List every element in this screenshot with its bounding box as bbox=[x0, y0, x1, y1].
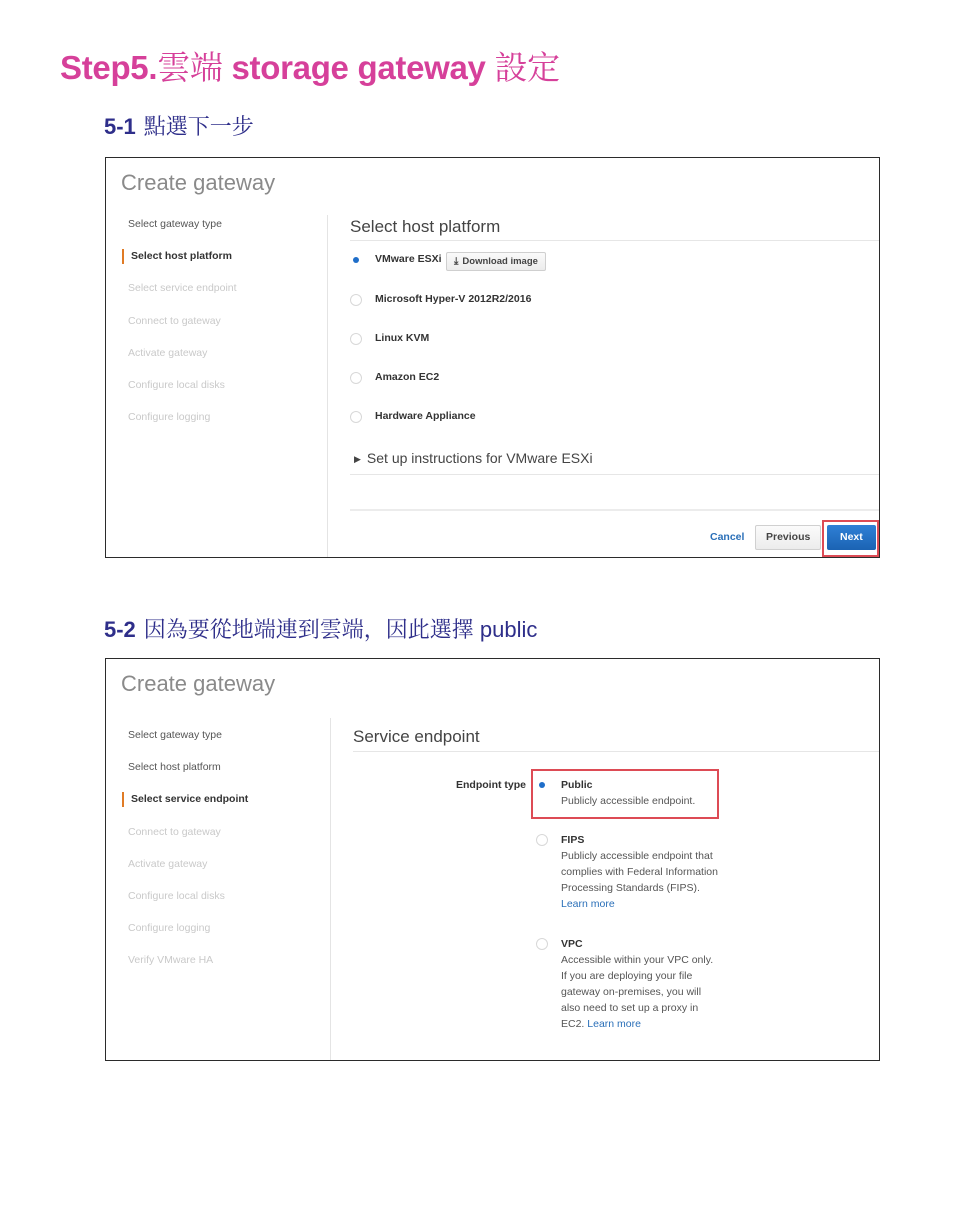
platform-option-label[interactable]: Hardware Appliance bbox=[375, 410, 476, 422]
wizard-step: Configure local disks bbox=[128, 378, 237, 410]
wizard-steps: Select gateway typeSelect host platformS… bbox=[128, 728, 248, 986]
section-2-number: 5-2 bbox=[104, 617, 136, 642]
endpoint-desc-text: Publicly accessible endpoint that compli… bbox=[561, 850, 718, 894]
section-1-caption: 點選下一步 bbox=[144, 114, 254, 139]
wizard-step: Connect to gateway bbox=[128, 314, 237, 346]
wizard-step: Select service endpoint bbox=[128, 281, 237, 313]
endpoint-option[interactable]: VPCAccessible within your VPC only. If y… bbox=[561, 936, 721, 1032]
wizard-step: Configure logging bbox=[128, 921, 248, 953]
endpoint-radio[interactable] bbox=[536, 938, 548, 950]
wizard-title: Create gateway bbox=[121, 671, 275, 697]
platform-radio[interactable] bbox=[350, 254, 362, 266]
platform-radio[interactable] bbox=[350, 294, 362, 306]
title-prefix: Step5. bbox=[60, 49, 157, 86]
endpoint-radio[interactable] bbox=[536, 834, 548, 846]
title-cjk: 雲端 bbox=[157, 49, 222, 86]
wizard-step: Configure local disks bbox=[128, 889, 248, 921]
section-heading: Service endpoint bbox=[353, 727, 480, 747]
wizard-step[interactable]: Select host platform bbox=[128, 760, 248, 792]
section-2-caption: 因為要從地端連到雲端，因此選擇 public bbox=[144, 617, 538, 642]
cancel-button[interactable]: Cancel bbox=[710, 531, 744, 543]
platform-radio[interactable] bbox=[350, 333, 362, 345]
wizard-step: Select service endpoint bbox=[128, 792, 248, 824]
wizard-step: Verify VMware HA bbox=[128, 953, 248, 985]
next-highlight-box bbox=[822, 520, 879, 557]
wizard-step: Activate gateway bbox=[128, 857, 248, 889]
platform-radio[interactable] bbox=[350, 411, 362, 423]
expander-label: Set up instructions for VMware ESXi bbox=[367, 450, 593, 466]
download-icon: ⤓ bbox=[454, 256, 458, 267]
wizard-title: Create gateway bbox=[121, 170, 275, 196]
endpoint-type-label: Endpoint type bbox=[456, 779, 526, 791]
download-image-button[interactable]: ⤓Download image bbox=[446, 252, 546, 271]
sidebar-divider bbox=[330, 718, 331, 1060]
section-2-heading: 5-2因為要從地端連到雲端，因此選擇 public bbox=[104, 613, 537, 644]
wizard-step[interactable]: Select gateway type bbox=[128, 217, 237, 249]
title-latin: storage gateway bbox=[223, 49, 495, 86]
endpoint-option-desc: Accessible within your VPC only. If you … bbox=[561, 952, 721, 1032]
platform-radio[interactable] bbox=[350, 372, 362, 384]
screenshot-host-platform: Create gateway Select gateway typeSelect… bbox=[105, 157, 880, 558]
platform-option-label[interactable]: Amazon EC2 bbox=[375, 371, 439, 383]
download-image-label: Download image bbox=[462, 256, 537, 267]
page-title: Step5.雲端 storage gateway 設定 bbox=[60, 42, 560, 89]
setup-instructions-expander[interactable]: ▶Set up instructions for VMware ESXi bbox=[354, 450, 593, 466]
wizard-step[interactable]: Select gateway type bbox=[128, 728, 248, 760]
heading-divider bbox=[353, 751, 879, 752]
wizard-step: Select host platform bbox=[128, 249, 237, 281]
previous-button[interactable]: Previous bbox=[755, 525, 821, 550]
learn-more-link[interactable]: Learn more bbox=[561, 898, 615, 910]
endpoint-option[interactable]: FIPSPublicly accessible endpoint that co… bbox=[561, 832, 721, 912]
wizard-step: Activate gateway bbox=[128, 346, 237, 378]
learn-more-link[interactable]: Learn more bbox=[587, 1018, 641, 1030]
expander-divider bbox=[350, 474, 879, 475]
wizard-steps: Select gateway typeSelect host platformS… bbox=[128, 217, 237, 442]
endpoint-option-title: FIPS bbox=[561, 832, 721, 848]
public-highlight-box bbox=[531, 769, 719, 819]
screenshot-service-endpoint: Create gateway Select gateway typeSelect… bbox=[105, 658, 880, 1061]
wizard-step: Configure logging bbox=[128, 410, 237, 442]
platform-option-label[interactable]: VMware ESXi bbox=[375, 253, 442, 265]
footer-divider bbox=[350, 509, 879, 511]
wizard-step: Connect to gateway bbox=[128, 825, 248, 857]
endpoint-option-desc: Publicly accessible endpoint that compli… bbox=[561, 848, 721, 912]
platform-option-label[interactable]: Linux KVM bbox=[375, 332, 429, 344]
endpoint-option-title: VPC bbox=[561, 936, 721, 952]
heading-divider bbox=[350, 240, 879, 241]
caret-right-icon: ▶ bbox=[354, 454, 361, 464]
section-heading: Select host platform bbox=[350, 217, 500, 237]
section-1-heading: 5-1點選下一步 bbox=[104, 110, 254, 141]
platform-option-label[interactable]: Microsoft Hyper-V 2012R2/2016 bbox=[375, 293, 531, 305]
section-1-number: 5-1 bbox=[104, 114, 136, 139]
sidebar-divider bbox=[327, 215, 328, 557]
title-suffix: 設定 bbox=[494, 49, 559, 86]
